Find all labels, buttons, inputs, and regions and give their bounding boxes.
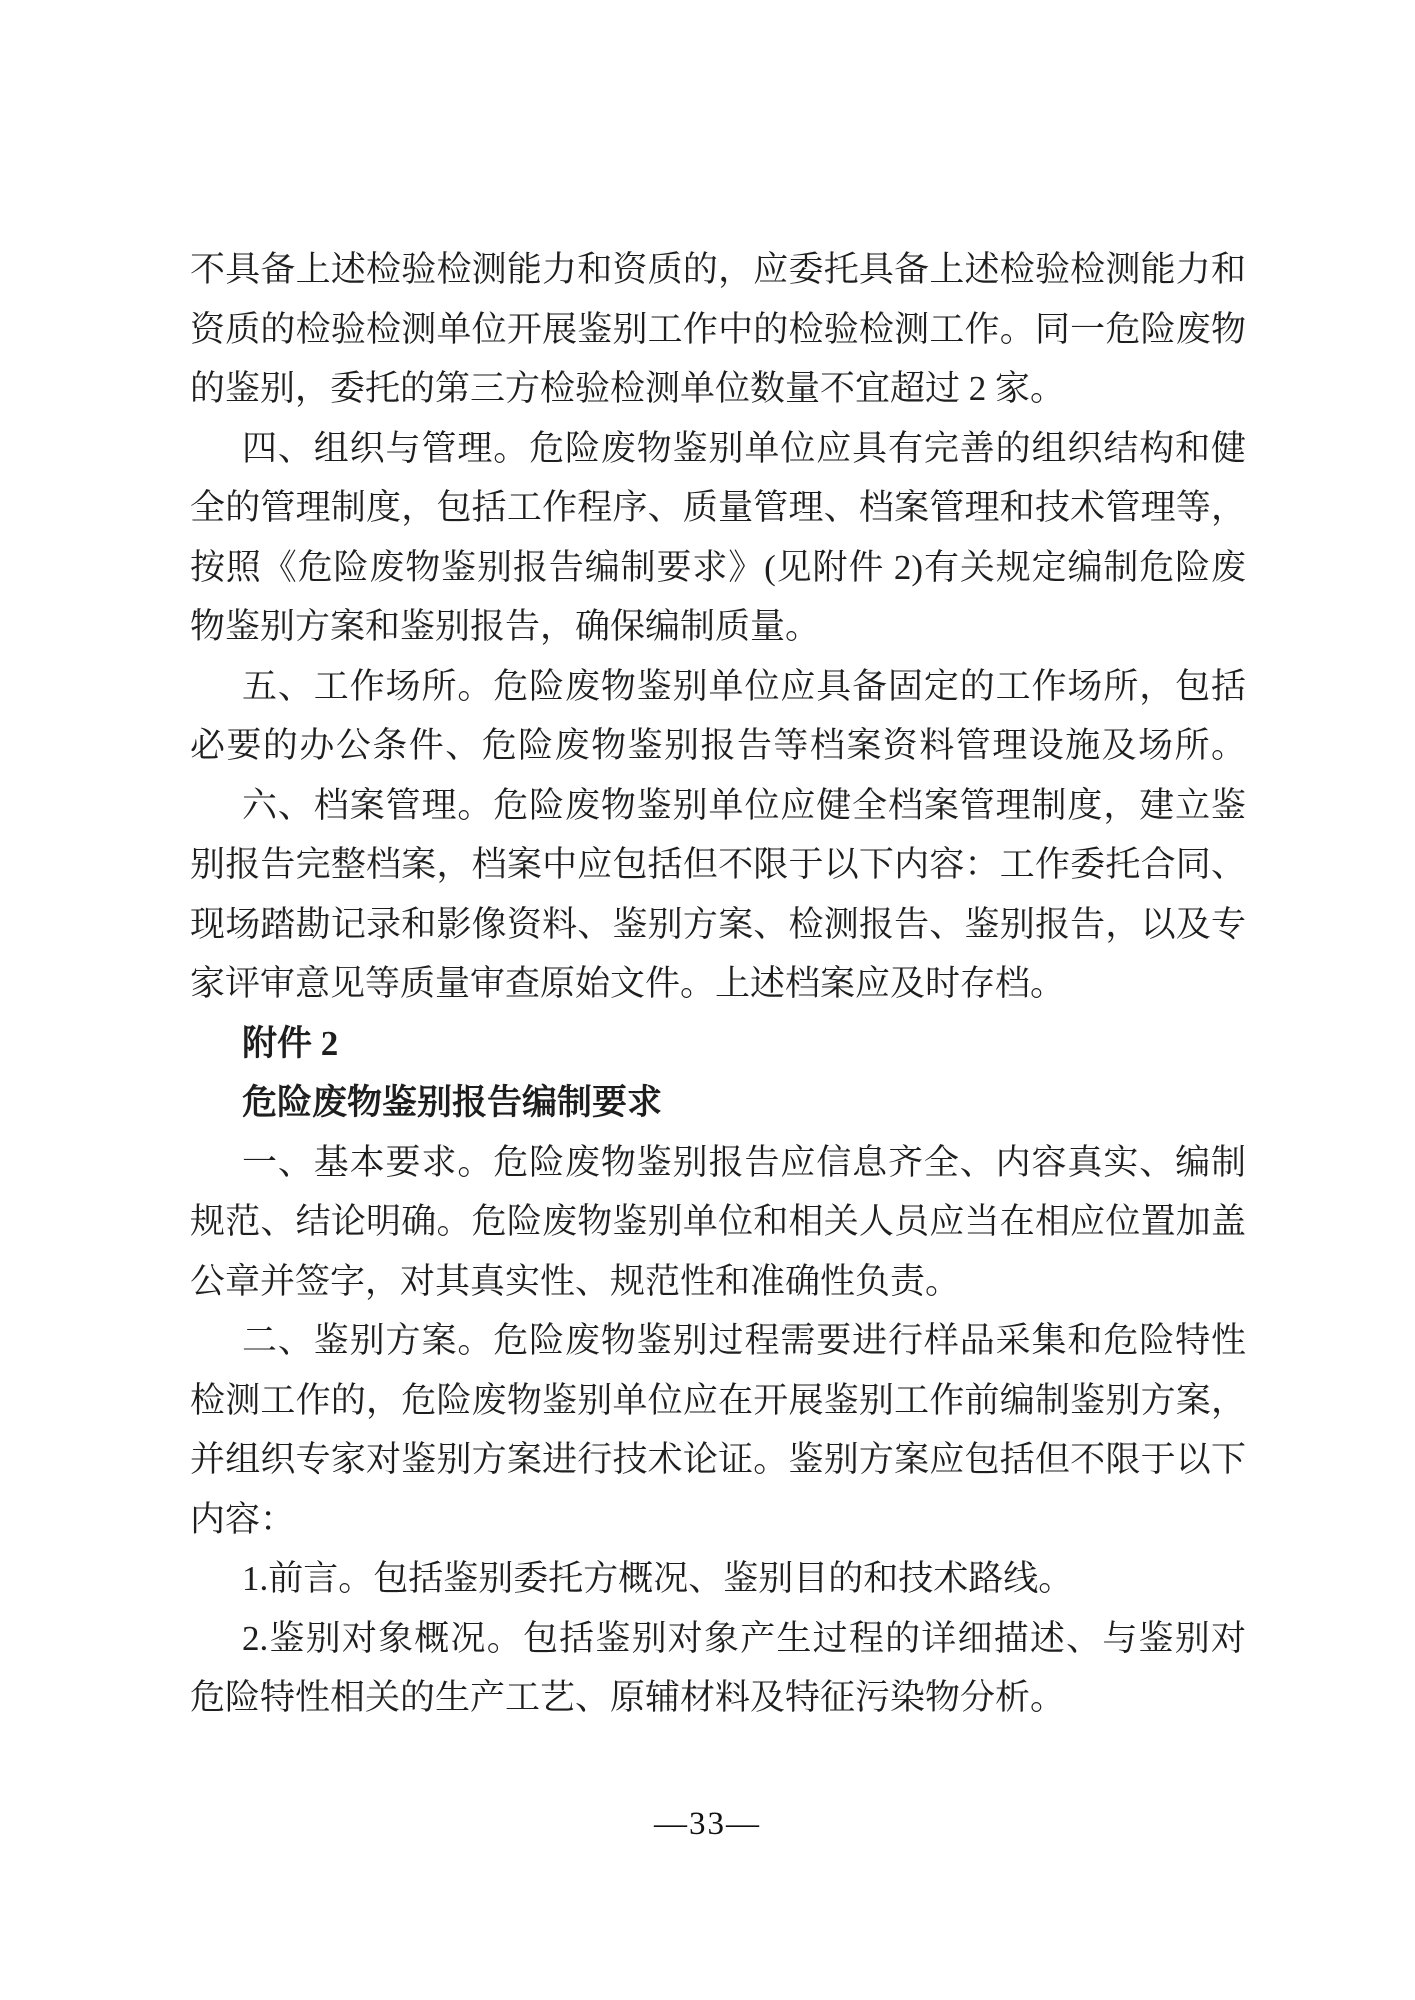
text-line: 物鉴别方案和鉴别报告，确保编制质量。 [190,597,1246,657]
text-line: 1.前言。包括鉴别委托方概况、鉴别目的和技术路线。 [190,1549,1246,1609]
text-line: 公章并签字，对其真实性、规范性和准确性负责。 [190,1252,1246,1312]
text-line: 规范、结论明确。危险废物鉴别单位和相关人员应当在相应位置加盖 [190,1192,1246,1252]
text-line: 必要的办公条件、危险废物鉴别报告等档案资料管理设施及场所。 [190,716,1246,776]
text-line: 不具备上述检验检测能力和资质的，应委托具备上述检验检测能力和 [190,240,1246,300]
text-line: 的鉴别，委托的第三方检验检测单位数量不宜超过 2 家。 [190,359,1246,419]
text-line: 按照《危险废物鉴别报告编制要求》(见附件 2)有关规定编制危险废 [190,538,1246,598]
text-line: 四、组织与管理。危险废物鉴别单位应具有完善的组织结构和健 [190,419,1246,479]
document-body: 不具备上述检验检测能力和资质的，应委托具备上述检验检测能力和资质的检验检测单位开… [190,240,1246,1728]
text-line: 五、工作场所。危险废物鉴别单位应具备固定的工作场所，包括 [190,657,1246,717]
document-page: 不具备上述检验检测能力和资质的，应委托具备上述检验检测能力和资质的检验检测单位开… [0,0,1415,2000]
text-line: 现场踏勘记录和影像资料、鉴别方案、检测报告、鉴别报告，以及专 [190,895,1246,955]
text-line: 六、档案管理。危险废物鉴别单位应健全档案管理制度，建立鉴 [190,776,1246,836]
text-line: 全的管理制度，包括工作程序、质量管理、档案管理和技术管理等， [190,478,1246,538]
text-line: 2.鉴别对象概况。包括鉴别对象产生过程的详细描述、与鉴别对象 [190,1609,1246,1669]
text-line: 检测工作的，危险废物鉴别单位应在开展鉴别工作前编制鉴别方案， [190,1371,1246,1431]
text-line: 二、鉴别方案。危险废物鉴别过程需要进行样品采集和危险特性 [190,1311,1246,1371]
text-line: 资质的检验检测单位开展鉴别工作中的检验检测工作。同一危险废物 [190,300,1246,360]
text-line: 别报告完整档案，档案中应包括但不限于以下内容：工作委托合同、 [190,835,1246,895]
heading-line: 附件 2 [190,1014,1246,1074]
text-line: 家评审意见等质量审查原始文件。上述档案应及时存档。 [190,954,1246,1014]
text-line: 并组织专家对鉴别方案进行技术论证。鉴别方案应包括但不限于以下 [190,1430,1246,1490]
text-line: 危险特性相关的生产工艺、原辅材料及特征污染物分析。 [190,1668,1246,1728]
text-line: 内容： [190,1490,1246,1550]
text-line: 一、基本要求。危险废物鉴别报告应信息齐全、内容真实、编制 [190,1133,1246,1193]
page-number: —33— [0,1806,1415,1843]
heading-line: 危险废物鉴别报告编制要求 [190,1073,1246,1133]
